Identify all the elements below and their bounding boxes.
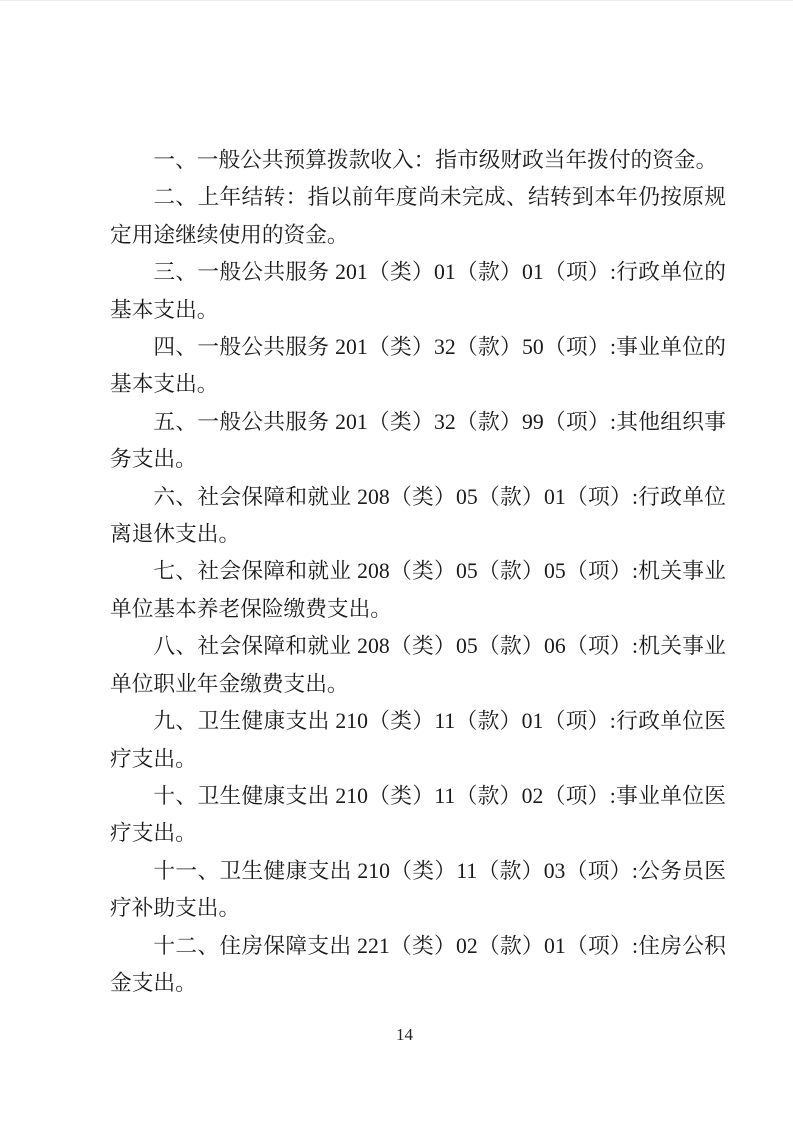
paragraph: 七、社会保障和就业 208（类）05（款）05（项）:机关事业单位基本养老保险缴…	[110, 553, 726, 628]
paragraph: 九、卫生健康支出 210（类）11（款）01（项）:行政单位医疗支出。	[110, 703, 726, 778]
paragraph: 十一、卫生健康支出 210（类）11（款）03（项）:公务员医疗补助支出。	[110, 853, 726, 928]
page-number: 14	[8, 1025, 793, 1045]
paragraph: 一、一般公共预算拨款收入：指市级财政当年拨付的资金。	[110, 142, 726, 179]
paragraph: 六、社会保障和就业 208（类）05（款）01（项）:行政单位离退休支出。	[110, 479, 726, 554]
paragraph: 十、卫生健康支出 210（类）11（款）02（项）:事业单位医疗支出。	[110, 778, 726, 853]
paragraph: 二、上年结转：指以前年度尚未完成、结转到本年仍按原规定用途继续使用的资金。	[110, 179, 726, 254]
paragraph: 四、一般公共服务 201（类）32（款）50（项）:事业单位的基本支出。	[110, 329, 726, 404]
paragraph: 八、社会保障和就业 208（类）05（款）06（项）:机关事业单位职业年金缴费支…	[110, 628, 726, 703]
paragraph: 十二、住房保障支出 221（类）02（款）01（项）:住房公积金支出。	[110, 928, 726, 1003]
document-page: 一、一般公共预算拨款收入：指市级财政当年拨付的资金。二、上年结转：指以前年度尚未…	[0, 0, 793, 1122]
paragraph: 三、一般公共服务 201（类）01（款）01（项）:行政单位的基本支出。	[110, 254, 726, 329]
document-body: 一、一般公共预算拨款收入：指市级财政当年拨付的资金。二、上年结转：指以前年度尚未…	[110, 142, 726, 1002]
paragraph: 五、一般公共服务 201（类）32（款）99（项）:其他组织事务支出。	[110, 404, 726, 479]
